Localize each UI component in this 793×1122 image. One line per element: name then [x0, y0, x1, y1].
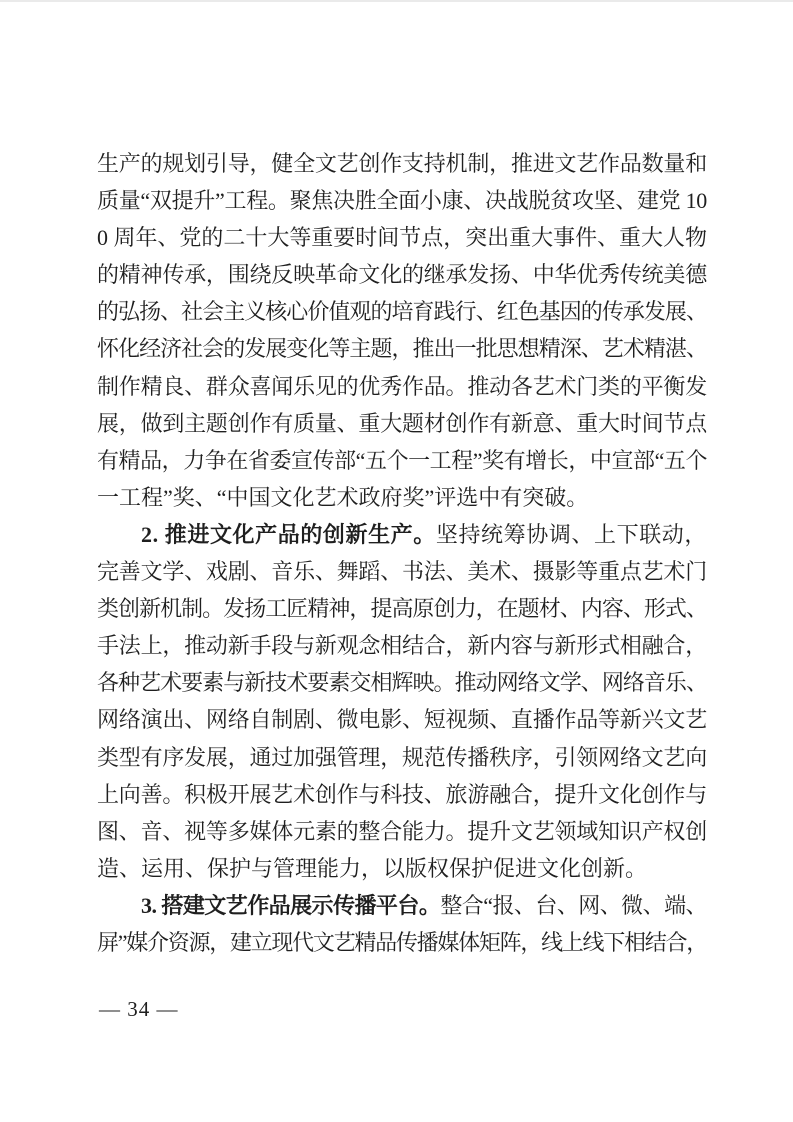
document-text: 生产的规划引导，健全文艺创作支持机制，推进文艺作品数量和质量“双提升”工程。聚焦…	[97, 145, 707, 961]
text-line: 造、运用、保护与管理能力，以版权保护促进文化创新。	[97, 850, 707, 887]
scan-edge-line	[0, 0, 793, 2]
text-line: 完善文学、戏剧、音乐、舞蹈、书法、美术、摄影等重点艺术门	[97, 553, 707, 590]
text-line: 上向善。积极开展艺术创作与科技、旅游融合，提升文化创作与	[97, 776, 707, 813]
text-line: 生产的规划引导，健全文艺创作支持机制，推进文艺作品数量和	[97, 145, 707, 182]
text-line: 展，做到主题创作有质量、重大题材创作有新意、重大时间节点	[97, 405, 707, 442]
text-line: 的弘扬、社会主义核心价值观的培育践行、红色基因的传承发展、	[97, 293, 707, 330]
text-line: 网络演出、网络自制剧、微电影、短视频、直播作品等新兴文艺	[97, 701, 707, 738]
document-page: 生产的规划引导，健全文艺创作支持机制，推进文艺作品数量和质量“双提升”工程。聚焦…	[0, 0, 793, 1122]
text-line: 的精神传承，围绕反映革命文化的继承发扬、中华优秀传统美德	[97, 256, 707, 293]
text-line: 屏”媒介资源，建立现代文艺精品传播媒体矩阵，线上线下相结合，	[97, 924, 707, 961]
paragraph-heading: 3. 搭建文艺作品展示传播平台。	[141, 893, 440, 918]
text-line: 0 周年、党的二十大等重要时间节点，突出重大事件、重大人物	[97, 219, 707, 256]
text-line: 类型有序发展，通过加强管理，规范传播秩序，引领网络文艺向	[97, 739, 707, 776]
paragraph-heading: 2. 推进文化产品的创新生产。	[141, 522, 436, 547]
page-number: — 34 —	[99, 997, 179, 1021]
paragraph-start-line: 2. 推进文化产品的创新生产。坚持统筹协调、上下联动，	[97, 516, 707, 553]
text-line: 一工程”奖、“中国文化艺术政府奖”评选中有突破。	[97, 479, 707, 516]
text-line: 质量“双提升”工程。聚焦决胜全面小康、决战脱贫攻坚、建党 10	[97, 182, 707, 219]
text-line: 怀化经济社会的发展变化等主题，推出一批思想精深、艺术精湛、	[97, 330, 707, 367]
text-line: 图、音、视等多媒体元素的整合能力。提升文艺领域知识产权创	[97, 813, 707, 850]
text-line: 类创新机制。发扬工匠精神，提高原创力，在题材、内容、形式、	[97, 590, 707, 627]
text-line: 有精品，力争在省委宣传部“五个一工程”奖有增长，中宣部“五个	[97, 442, 707, 479]
text-line: 手法上，推动新手段与新观念相结合，新内容与新形式相融合，	[97, 627, 707, 664]
paragraph-start-line: 3. 搭建文艺作品展示传播平台。整合“报、台、网、微、端、	[97, 887, 707, 924]
text-line: 制作精良、群众喜闻乐见的优秀作品。推动各艺术门类的平衡发	[97, 368, 707, 405]
text-line: 各种艺术要素与新技术要素交相辉映。推动网络文学、网络音乐、	[97, 664, 707, 701]
